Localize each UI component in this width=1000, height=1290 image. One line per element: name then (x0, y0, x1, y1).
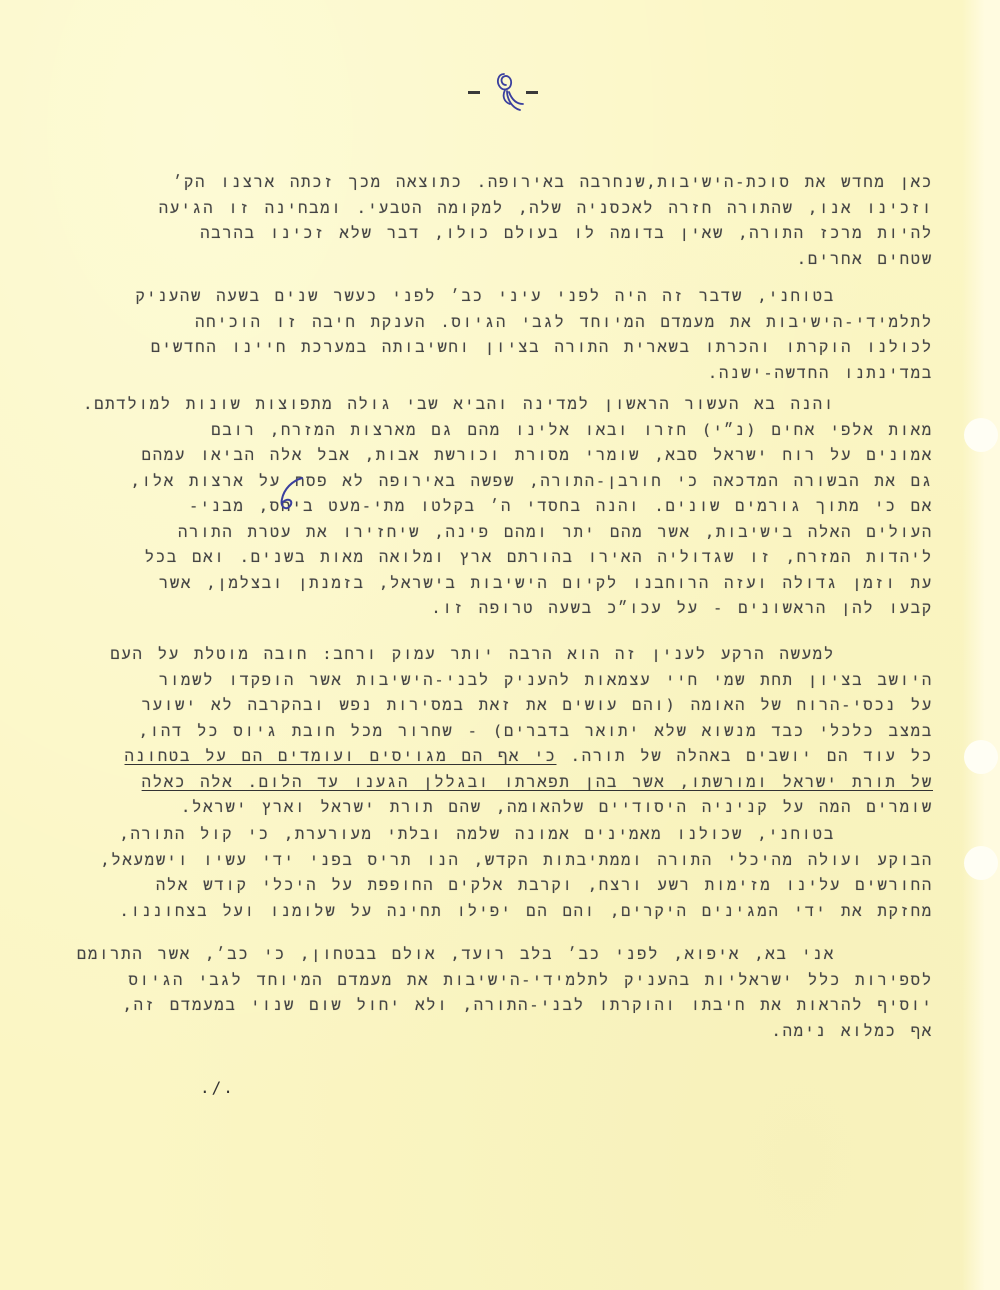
text-line: גם את הבשורה המדכאה כי חורבן-התורה, שפשה… (88, 469, 933, 495)
text-line: העולים האלה בישיבות, אשר מהם יתר ומהם פי… (88, 520, 933, 546)
text-line-with-underline: כל עוד הם יושבים באהלה של תורה. כי אף הם… (125, 747, 933, 765)
paper-edge (962, 0, 1000, 1290)
text-line: למעשה הרקע לענין זה הוא הרבה יותר עמוק ו… (88, 642, 933, 668)
text-line: וזכינו אנו, שהתורה חזרה לאכסניה שלה, למק… (88, 196, 933, 222)
text-line: קבעו להן הראשונים - על עכו״כ בשעה טרופה … (88, 596, 933, 622)
text-line: במצב כלכלי כבד מנשוא שלא יתואר בדברים) -… (88, 719, 933, 745)
text-line: אם כי מתוך גורמים שונים. והנה בחסדי ה׳ ב… (88, 494, 933, 520)
text-line: בטוחני, שדבר זה היה לפני עיני כב׳ לפני כ… (88, 284, 933, 310)
text-line: לתלמידי-הישיבות את מעמדם המיוחד לגבי הגי… (88, 310, 933, 336)
paragraph-1: כאן מחדש את סוכת-הישיבות,שנחרבה באירופה.… (88, 170, 933, 272)
text-line: החורשים עלינו מזימות רשע ורצח, וקרבת אלק… (88, 873, 933, 899)
text-line: יוסיף להראות את חיבתו והוקרתו לבני-התורה… (88, 993, 933, 1019)
text-line: אמונים על רוח ישראל סבא, שומרי מסורת וכו… (88, 443, 933, 469)
punch-hole (964, 846, 998, 880)
punch-hole (964, 740, 998, 774)
text-line: להיות מרכז התורה, שאין בדומה לו בעולם כו… (88, 221, 933, 247)
text-line: בטוחני, שכולנו מאמינים אמונה שלמה ובלתי … (88, 822, 933, 848)
text-line: הבוקע ועולה מהיכלי התורה וממתיבתות הקדש,… (88, 848, 933, 874)
text-line: שטחים אחרים. (88, 247, 933, 273)
document-page: כאן מחדש את סוכת-הישיבות,שנחרבה באירופה.… (0, 0, 1000, 1290)
text-line: ליהדות המזרח, זו שגדוליה האירו בהורתם אר… (88, 545, 933, 571)
paragraph-2: בטוחני, שדבר זה היה לפני עיני כב׳ לפני כ… (88, 284, 933, 386)
paragraph-6: אני בא, איפוא, לפני כב׳ בלב רועד, אולם ב… (88, 942, 933, 1044)
paragraph-3: והנה בא העשור הראשון למדינה והביא שבי גו… (88, 392, 933, 622)
text-line: על נכסי-הרוח של האומה (והם עושים את זאת … (88, 693, 933, 719)
text-line: אני בא, איפוא, לפני כב׳ בלב רועד, אולם ב… (88, 942, 933, 968)
handwritten-pen-mark-icon (276, 475, 306, 515)
text-line: לספירות כלל ישראליות בהעניק לתלמידי-הישי… (88, 968, 933, 994)
underlined-text-line: של תורת ישראל ומורשתו, אשר בהן תפארתו וב… (88, 770, 933, 796)
handwritten-page-number-icon (490, 68, 524, 120)
text-line: מאות אלפי אחים (נ״י) חזרו ובאו אלינו מהם… (88, 418, 933, 444)
text-line: שומרים המה על קניניה היסודיים שלהאומה, ש… (88, 795, 933, 821)
text-line: במדינתנו החדשה-ישנה. (88, 361, 933, 387)
paragraph-4: למעשה הרקע לענין זה הוא הרבה יותר עמוק ו… (88, 642, 933, 821)
page-number-dash (526, 91, 538, 94)
page-number (468, 68, 538, 118)
continuation-mark: ./. (200, 1078, 235, 1097)
paragraph-5: בטוחני, שכולנו מאמינים אמונה שלמה ובלתי … (88, 822, 933, 924)
text-line: והנה בא העשור הראשון למדינה והביא שבי גו… (88, 392, 933, 418)
text-line: היושב בציון תחת שמי חיי עצמאות להעניק לב… (88, 668, 933, 694)
text-line: עת וזמן גדולה ועזה הרוחבנו לקיום הישיבות… (88, 571, 933, 597)
text-line: כל עוד הם יושבים באהלה של תורה. כי אף הם… (88, 744, 933, 770)
underlined-phrase: כי אף הם מגויסים ועומדים הם על בטחונה (125, 747, 557, 765)
text-line: לכולנו הוקרתו והכרתו בשארית התורה בציון … (88, 335, 933, 361)
page-number-dash (468, 91, 480, 94)
punch-hole (964, 418, 998, 452)
text-line: כאן מחדש את סוכת-הישיבות,שנחרבה באירופה.… (88, 170, 933, 196)
text-line: אף כמלוא נימה. (88, 1019, 933, 1045)
text-line: מחזקת את ידי המגינים היקרים, והם הם יפיל… (88, 899, 933, 925)
